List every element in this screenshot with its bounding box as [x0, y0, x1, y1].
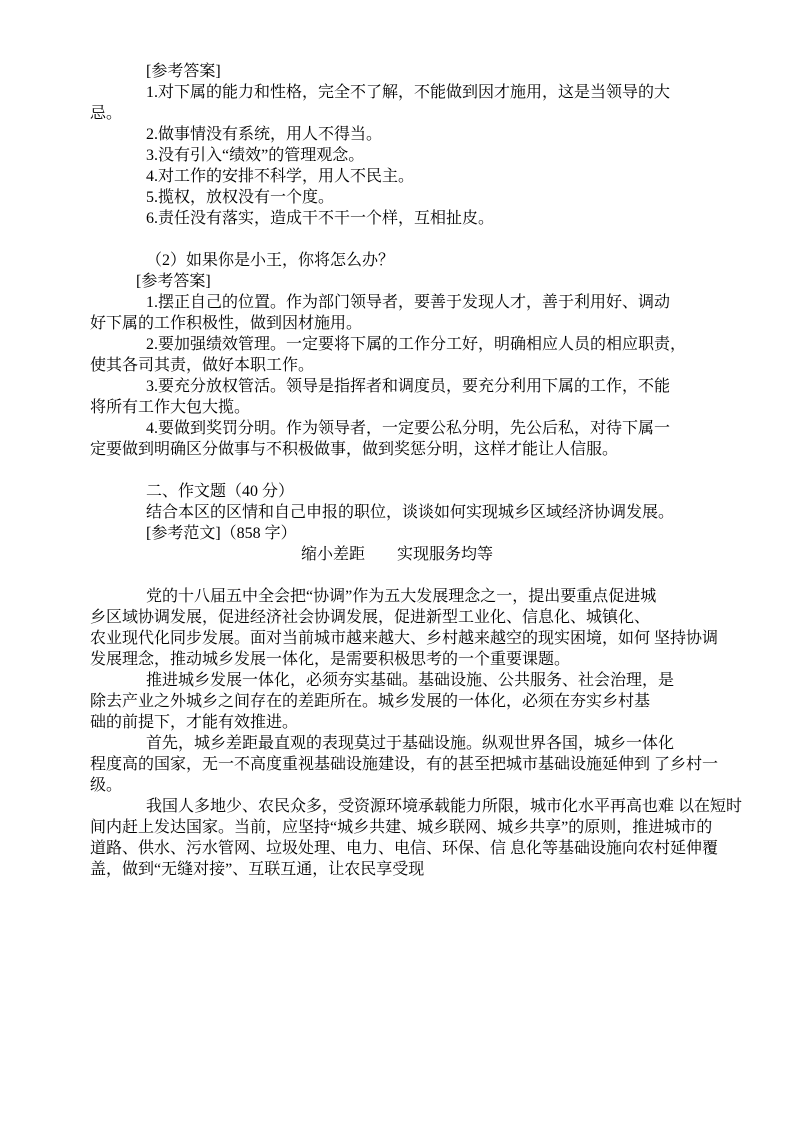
essay-line: 除去产业之外城乡之间存在的差距所在。城乡发展的一体化，必须在夯实乡村基 [90, 691, 704, 712]
answer1-item-1-cont: 忌。 [90, 103, 704, 124]
essay-line: 发展理念，推动城乡发展一体化，是需要积极思考的一个重要课题。 [90, 649, 704, 670]
essay-line: 级。 [90, 775, 704, 796]
answer2-item-2: 2.要加强绩效管理。一定要将下属的工作分工好，明确相应人员的相应职责， [90, 334, 704, 355]
blank-line [90, 229, 704, 250]
essay-line: 盖，做到“无缝对接”、互联互通，让农民享受现 [90, 859, 704, 880]
answer1-item-5: 5.揽权，放权没有一个度。 [90, 187, 704, 208]
document-page: [参考答案] 1.对下属的能力和性格，完全不了解，不能做到因才施用，这是当领导的… [0, 0, 794, 1123]
answer2-item-4: 4.要做到奖罚分明。作为领导者，一定要公私分明，先公后私，对待下属一 [90, 418, 704, 439]
essay-title: 缩小差距 实现服务均等 [90, 544, 704, 565]
answer1-item-6: 6.责任没有落实，造成干不干一个样，互相扯皮。 [90, 208, 704, 229]
answer2-item-2-cont: 使其各司其责，做好本职工作。 [90, 355, 704, 376]
essay-line: 农业现代化同步发展。面对当前城市越来越大、乡村越来越空的现实困境，如何 坚持协调 [90, 628, 704, 649]
answer2-item-3: 3.要充分放权管活。领导是指挥者和调度员，要充分利用下属的工作，不能 [90, 376, 704, 397]
answer1-item-4: 4.对工作的安排不科学，用人不民主。 [90, 166, 704, 187]
essay-task: 结合本区的区情和自己申报的职位，谈谈如何实现城乡区域经济协调发展。 [90, 502, 704, 523]
essay-line: 程度高的国家，无一不高度重视基础设施建设，有的甚至把城市基础设施延伸到 了乡村一 [90, 754, 704, 775]
essay-line: 首先，城乡差距最直观的表现莫过于基础设施。纵观世界各国，城乡一体化 [90, 733, 704, 754]
essay-line: 间内赶上发达国家。当前，应坚持“城乡共建、城乡联网、城乡共享”的原则，推进城市的 [90, 817, 704, 838]
essay-line: 础的前提下，才能有效推进。 [90, 712, 704, 733]
answer2-header: [参考答案] [90, 271, 704, 292]
essay-line: 乡区域协调发展，促进经济社会协调发展，促进新型工业化、信息化、城镇化、 [90, 607, 704, 628]
answer1-item-3: 3.没有引入“绩效”的管理观念。 [90, 145, 704, 166]
blank-line [90, 460, 704, 481]
essay-model-label: [参考范文]（858 字） [90, 523, 704, 544]
essay-line: 我国人多地少、农民众多，受资源环境承载能力所限，城市化水平再高也难 以在短时 [90, 796, 704, 817]
answer1-header: [参考答案] [90, 61, 704, 82]
document-content: [参考答案] 1.对下属的能力和性格，完全不了解，不能做到因才施用，这是当领导的… [90, 61, 704, 880]
answer2-item-4-cont: 定要做到明确区分做事与不积极做事，做到奖惩分明，这样才能让人信服。 [90, 439, 704, 460]
answer2-item-1-cont: 好下属的工作积极性，做到因材施用。 [90, 313, 704, 334]
essay-line: 道路、供水、污水管网、垃圾处理、电力、电信、环保、信 息化等基础设施向农村延伸覆 [90, 838, 704, 859]
question2-prompt: （2）如果你是小王，你将怎么办？ [90, 250, 704, 271]
essay-line: 党的十八届五中全会把“协调”作为五大发展理念之一，提出要重点促进城 [90, 586, 704, 607]
essay-line: 推进城乡发展一体化，必须夯实基础。基础设施、公共服务、社会治理，是 [90, 670, 704, 691]
blank-line [90, 565, 704, 586]
answer2-item-3-cont: 将所有工作大包大揽。 [90, 397, 704, 418]
essay-section-heading: 二、作文题（40 分） [90, 481, 704, 502]
answer1-item-1: 1.对下属的能力和性格，完全不了解，不能做到因才施用，这是当领导的大 [90, 82, 704, 103]
answer2-item-1: 1.摆正自己的位置。作为部门领导者，要善于发现人才，善于利用好、调动 [90, 292, 704, 313]
answer1-item-2: 2.做事情没有系统，用人不得当。 [90, 124, 704, 145]
